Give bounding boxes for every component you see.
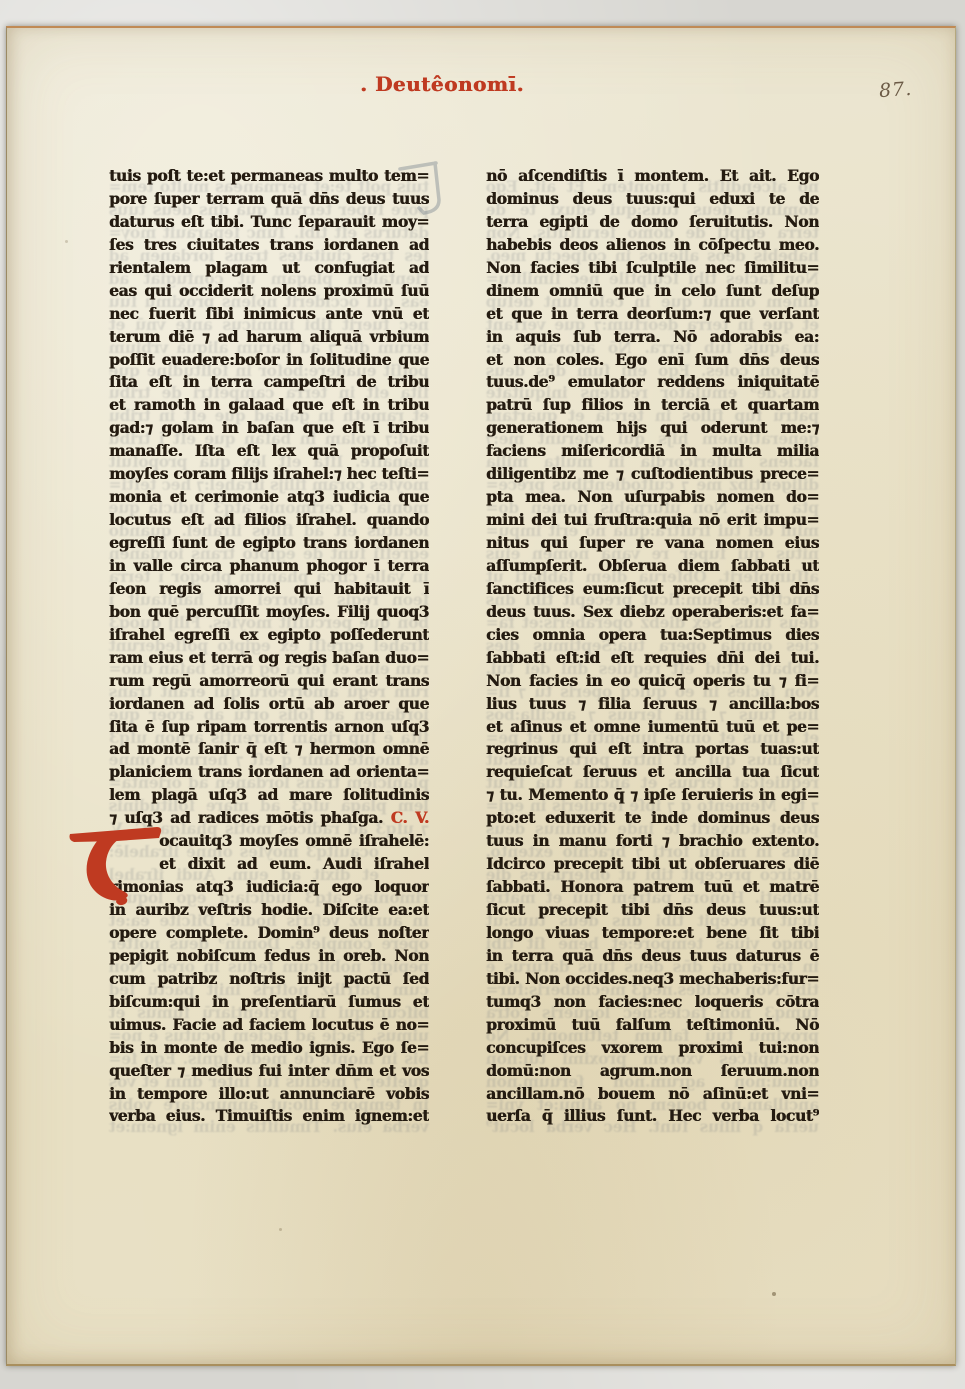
text-line: Non facies in eo quicq̄ operis tu ⁊ fi= — [486, 669, 819, 692]
lombard-initial-v — [67, 824, 165, 910]
text-line: tibi. Non occides.neq3 mechaberis:fur= — [486, 967, 819, 990]
text-column-left: tuis poſt te:et permaneas multo tem=pore… — [109, 164, 429, 1127]
text-line: rum regū amorreorū qui erant trans — [109, 669, 429, 692]
text-line: ⁊ tu. Memento q̄ ⁊ ipſe ſeruieris in egi… — [486, 783, 819, 806]
text-line: manaſſe. Iſta eſt lex quā propoſuit — [109, 439, 429, 462]
text-line: ſita ē ſup ripam torrentis arnon uſq3 — [109, 715, 429, 738]
text-line: pto:et eduxerit te inde dominus deus — [486, 806, 819, 829]
text-line: in terra quā dn̄s deus tuus daturus ē — [486, 944, 819, 967]
text-line: ad montē ſanir q̄ eſt ⁊ hermon omnē — [109, 737, 429, 760]
text-line: gad:⁊ golam in baſan que eſt ī tribu — [109, 416, 429, 439]
text-line: monia et cerimonie atq3 iudicia que — [109, 485, 429, 508]
text-line: ram eius et terrā og regis baſan duo= — [109, 646, 429, 669]
text-line: terum diē ⁊ ad harum aliquā vrbium — [109, 325, 429, 348]
text-line: cum patribz noſtris inijt pactū ſed no= — [109, 967, 429, 990]
text-line: ſabbati. Honora patrem tuū et matrē — [486, 875, 819, 898]
text-line: pore ſuper terram quā dn̄s deus tuus — [109, 187, 429, 210]
text-line: ſicut precepit tibi dn̄s deus tuus:ut — [486, 898, 819, 921]
chapter-mark: C. V. — [383, 808, 429, 827]
text-line: nō aſcendiſtis ī montem. Et ait. Ego — [486, 164, 819, 187]
text-line: requieſcat ſeruus et ancilla tua ſicut — [486, 760, 819, 783]
text-line: Non facies tibi ſculptile nec ſimilitu= — [486, 256, 819, 279]
text-line: tuus.de⁹ emulator reddens iniquitatē — [486, 370, 819, 393]
text-line: bis in monte de medio ignis. Ego ſe= — [109, 1036, 429, 1059]
text-line: et ramoth in galaad que eſt in tribu — [109, 393, 429, 416]
text-line: opere complete. Domin⁹ deus noſter — [109, 921, 429, 944]
text-line: daturus eſt tibi. Tunc ſeparauit moy= — [109, 210, 429, 233]
text-line: in aquis ſub terra. Nō adorabis ea: — [486, 325, 819, 348]
scanned-manuscript-photo: tuis poſt te:et permaneas multo tem=pore… — [0, 0, 965, 1389]
text-line: nitus qui ſuper re vana nomen eius — [486, 531, 819, 554]
text-line: dominus deus tuus:qui eduxi te de — [486, 187, 819, 210]
text-line: pepigit nobiſcum fedus in oreb. Non — [109, 944, 429, 967]
text-line: generationem hijs qui oderunt me:⁊ — [486, 416, 819, 439]
text-line: ſes tres ciuitates trans iordanen ad o= — [109, 233, 429, 256]
text-line: et que in terra deorſum:⁊ que verſant — [486, 302, 819, 325]
text-line: faciens miſericordiā in multa milia — [486, 439, 819, 462]
text-line: diligentibz me ⁊ cuſtodientibus prece= — [486, 462, 819, 485]
text-line: nec fuerit ſibi inimicus ante vnū et al= — [109, 302, 429, 325]
text-line: tumq3 non facies:nec loqueris cōtra — [486, 990, 819, 1013]
text-line: rientalem plagam ut confugiat ad — [109, 256, 429, 279]
text-line: moyſes coram filijs iſrahel:⁊ hec teſti= — [109, 462, 429, 485]
text-line: in valle circa phanum phogor ī terra — [109, 554, 429, 577]
text-line: regrinus qui eſt intra portas tuas:ut — [486, 737, 819, 760]
text-line: ſanctifices eum:ſicut precepit tibi dn̄s — [486, 577, 819, 600]
parchment-leaf: tuis poſt te:et permaneas multo tem=pore… — [6, 26, 956, 1366]
text-line: pta mea. Non uſurpabis nomen do= — [486, 485, 819, 508]
text-line: uimus. Facie ad faciem locutus ē no= — [109, 1013, 429, 1036]
text-line: verba eius. Timuiſtis enim ignem:et — [109, 1104, 429, 1127]
text-line: lem plagā uſq3 ad mare ſolitudinis — [109, 783, 429, 806]
text-line: egreſſi ſunt de egipto trans iordanen — [109, 531, 429, 554]
text-line: poſſit euadere:boſor in ſolitudine que — [109, 348, 429, 371]
text-line: tuus in manu forti ⁊ brachio extento. — [486, 829, 819, 852]
text-line: concupiſces vxorem proximi tui:non — [486, 1036, 819, 1059]
text-line: deus tuus. Sex diebz operaberis:et fa= — [486, 600, 819, 623]
running-title: . Deutêonomī. — [337, 72, 547, 96]
text-line: eas qui occiderit nolens proximū ſuū — [109, 279, 429, 302]
folio-number: 87. — [878, 76, 939, 102]
text-column-right: nō aſcendiſtis ī montem. Et ait. Egodomi… — [486, 164, 819, 1127]
text-line: planiciem trans iordanen ad orienta= — [109, 760, 429, 783]
text-line: mini dei tui fruſtra:quia nō erit impu= — [486, 508, 819, 531]
text-line: domū:non agrum.non ſeruum.non — [486, 1059, 819, 1082]
text-line: proximū tuū falſum teſtimoniū. Nō — [486, 1013, 819, 1036]
text-line: tuis poſt te:et permaneas multo tem= — [109, 164, 429, 187]
text-line: ſabbati eſt:id eſt requies dn̄i dei tui. — [486, 646, 819, 669]
text-line: biſcum:qui in preſentiarū ſumus et vi= — [109, 990, 429, 1013]
text-line: ſita eſt in terra campeſtri de tribu rub… — [109, 370, 429, 393]
text-line: iordanen ad ſolis ortū ab aroer que — [109, 692, 429, 715]
text-line: lius tuus ⁊ filia ſeruus ⁊ ancilla:bos — [486, 692, 819, 715]
text-line: aſſumpſerit. Obſerua diem ſabbati ut — [486, 554, 819, 577]
text-line: patrū ſup filios in terciā et quartam — [486, 393, 819, 416]
text-line: et aſinus et omne iumentū tuū et pe= — [486, 715, 819, 738]
text-line: locutus eſt ad filios iſrahel. quando — [109, 508, 429, 531]
text-line: longo viuas tempore:et bene ſit tibi — [486, 921, 819, 944]
parchment-speck — [279, 1228, 282, 1231]
text-line: in tempore illo:ut annunciarē vobis — [109, 1082, 429, 1105]
text-line: iſrahel egreſſi ex egipto poſſederunt te… — [109, 623, 429, 646]
text-line: bon quē percuſſit moyſes. Filij quoq3 — [109, 600, 429, 623]
text-line: habebis deos alienos in cōſpectu meo. — [486, 233, 819, 256]
text-line: Idcirco precepit tibi ut obſeruares diē — [486, 852, 819, 875]
parchment-speck — [772, 1292, 776, 1296]
text-line: queſter ⁊ medius fui inter dn̄m et vos — [109, 1059, 429, 1082]
text-line: cies omnia opera tua:Septimus dies — [486, 623, 819, 646]
text-line: ancillam.nō bouem nō aſinū:et vni= — [486, 1082, 819, 1105]
parchment-speck — [65, 240, 68, 243]
text-line: et non coles. Ego enī ſum dn̄s deus — [486, 348, 819, 371]
text-line: uerſa q̄ illius ſunt. Hec verba locut⁹ — [486, 1104, 819, 1127]
text-line: terra egipti de domo ſeruitutis. Non — [486, 210, 819, 233]
text-line: ſeon regis amorrei qui habitauit ī eſe= — [109, 577, 429, 600]
text-line: dinem omniū que in celo ſunt deſup — [486, 279, 819, 302]
